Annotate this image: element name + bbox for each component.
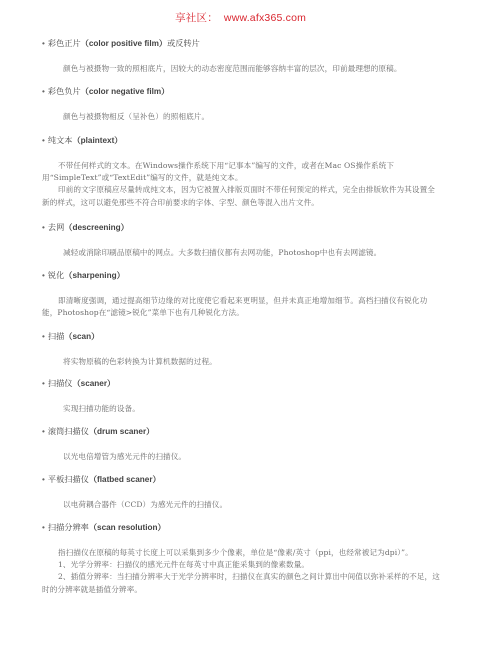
title-en: （descreening） — [64, 223, 129, 232]
entry-title: •彩色正片（color positive film）或反转片 — [42, 38, 442, 50]
site-url[interactable]: www.afx365.com — [224, 12, 306, 24]
glossary-entry: •平板扫描仪（flatbed scaner） 以电荷耦合器件（CCD）为感光元件… — [42, 474, 442, 511]
title-zh: 彩色正片 — [48, 39, 81, 48]
bullet-icon: • — [42, 223, 45, 232]
title-zh: 纯文本 — [48, 136, 73, 145]
entry-text: 不带任何样式的文本。在Windows操作系统下用“记事本”编写的文件，或者在Ma… — [42, 160, 442, 184]
title-suffix: 或反转片 — [167, 39, 200, 48]
bullet-icon: • — [42, 136, 45, 145]
bullet-icon: • — [42, 523, 45, 532]
title-en: （color negative film） — [81, 87, 170, 96]
entry-text: 以光电倍增管为感光元件的扫描仪。 — [42, 451, 442, 463]
glossary-entry: •扫描（scan） 将实物原稿的色彩转换为计算机数据的过程。 — [42, 331, 442, 368]
entry-title: •滚筒扫描仪（drum scaner） — [42, 426, 442, 438]
entry-title: •去网（descreening） — [42, 222, 442, 234]
title-zh: 彩色负片 — [48, 87, 81, 96]
glossary-entry: •扫描仪（scaner） 实现扫描功能的设备。 — [42, 378, 442, 415]
title-zh: 扫描仪 — [48, 379, 73, 388]
entry-title: •扫描（scan） — [42, 331, 442, 343]
glossary-entry: •扫描分辨率（scan resolution） 指扫描仪在原稿的每英寸长度上可以… — [42, 522, 442, 596]
entry-text: 将实物原稿的色彩转换为计算机数据的过程。 — [42, 356, 442, 368]
entry-title: •彩色负片（color negative film） — [42, 86, 442, 98]
entry-text: 颜色与被摄物一致的照相底片，因较大的动态密度范围而能够容纳丰富的层次，印前最理想… — [42, 63, 442, 75]
glossary-entry: •彩色正片（color positive film）或反转片 颜色与被摄物一致的… — [42, 38, 442, 75]
entry-text: 即清晰度强调，通过提高细节边缘的对比度使它看起来更明显，但并未真正地增加细节。高… — [42, 295, 442, 319]
title-zh: 扫描 — [48, 332, 64, 341]
title-zh: 滚筒扫描仪 — [48, 427, 89, 436]
entry-title: •锐化（sharpening） — [42, 270, 442, 282]
entry-text: 2、插值分辨率：当扫描分辨率大于光学分辨率时，扫描仪在真实的颜色之间计算出中间值… — [42, 571, 442, 595]
glossary-entry: •滚筒扫描仪（drum scaner） 以光电倍增管为感光元件的扫描仪。 — [42, 426, 442, 463]
page-header: 𠔌享社区：www.afx365.com — [0, 10, 480, 25]
title-zh: 锐化 — [48, 271, 64, 280]
bullet-icon: • — [42, 271, 45, 280]
entry-text: 1、光学分辨率：扫描仪的感光元件在每英寸中真正能采集到的像素数量。 — [42, 559, 442, 571]
title-en: （plaintext） — [72, 136, 122, 145]
bullet-icon: • — [42, 475, 45, 484]
glossary-entry: •彩色负片（color negative film） 颜色与被摄物相反（呈补色）… — [42, 86, 442, 123]
entry-text: 颜色与被摄物相反（呈补色）的照相底片。 — [42, 111, 442, 123]
entry-text: 以电荷耦合器件（CCD）为感光元件的扫描仪。 — [42, 499, 442, 511]
glossary-entry: •纯文本（plaintext） 不带任何样式的文本。在Windows操作系统下用… — [42, 135, 442, 209]
title-zh: 扫描分辨率 — [48, 523, 89, 532]
title-zh: 平板扫描仪 — [48, 475, 89, 484]
title-zh: 去网 — [48, 223, 64, 232]
title-en: （sharpening） — [64, 271, 125, 280]
title-en: （flatbed scaner） — [89, 475, 161, 484]
entry-text: 减轻或消除印刷品原稿中的网点。大多数扫描仪都有去网功能，Photoshop中也有… — [42, 247, 442, 259]
bullet-icon: • — [42, 39, 45, 48]
community-label: 享社区： — [175, 12, 218, 24]
entry-text: 印前的文字原稿应尽量转成纯文本，因为它被置入排版页面时不带任何预定的样式，完全由… — [42, 184, 442, 208]
title-en: （scaner） — [72, 379, 115, 388]
entry-title: •扫描仪（scaner） — [42, 378, 442, 390]
title-en: （scan resolution） — [89, 523, 166, 532]
bullet-icon: • — [42, 379, 45, 388]
bullet-icon: • — [42, 332, 45, 341]
entry-title: •平板扫描仪（flatbed scaner） — [42, 474, 442, 486]
bullet-icon: • — [42, 87, 45, 96]
bullet-icon: • — [42, 427, 45, 436]
entry-title: •纯文本（plaintext） — [42, 135, 442, 147]
entry-text: 指扫描仪在原稿的每英寸长度上可以采集到多少个像素，单位是“像素/英寸（ppi，也… — [42, 547, 442, 559]
title-en: （drum scaner） — [89, 427, 155, 436]
glossary-entry: •去网（descreening） 减轻或消除印刷品原稿中的网点。大多数扫描仪都有… — [42, 222, 442, 259]
entry-title: •扫描分辨率（scan resolution） — [42, 522, 442, 534]
title-en: （color positive film） — [81, 39, 167, 48]
title-en: （scan） — [64, 332, 99, 341]
glossary-entry: •锐化（sharpening） 即清晰度强调，通过提高细节边缘的对比度使它看起来… — [42, 270, 442, 319]
entry-text: 实现扫描功能的设备。 — [42, 403, 442, 415]
